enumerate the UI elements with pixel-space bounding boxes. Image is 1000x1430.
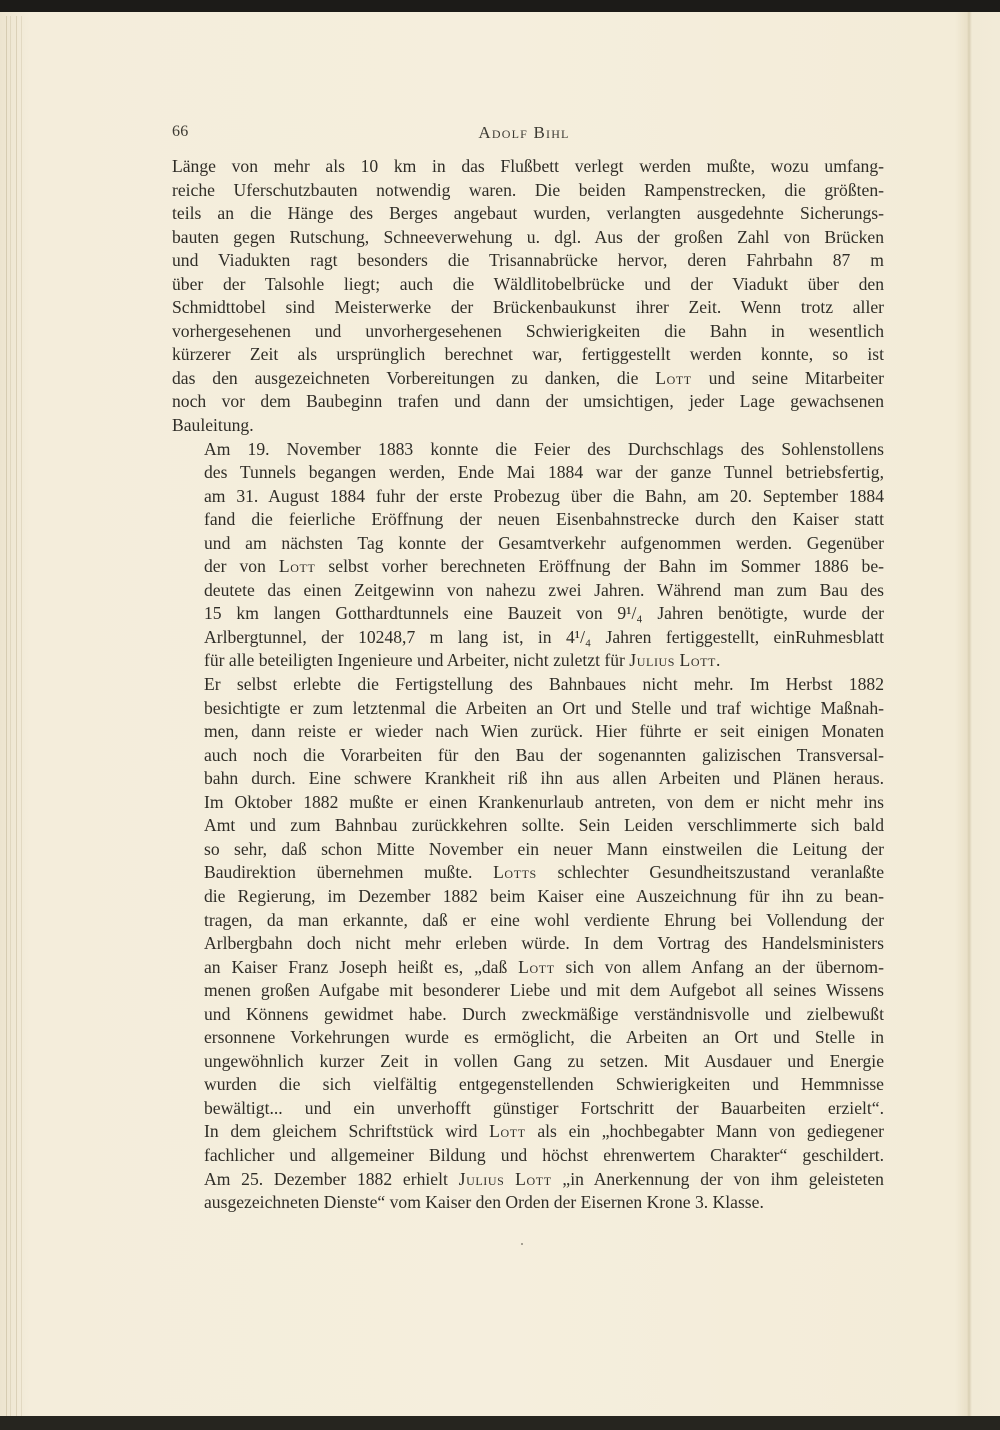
paragraph: Er selbst erlebte die Fertigstellung des… (172, 673, 884, 1215)
text-line: ausgezeichneten Dienste“ vom Kaiser den … (172, 1191, 884, 1215)
scanner-border-bottom (0, 1416, 1000, 1430)
text-line: fachlicher und allgemeiner Bildung und h… (172, 1144, 884, 1168)
text-line: die Regierung, im Dezember 1882 beim Kai… (172, 885, 884, 909)
small-caps-name: Lott (279, 556, 315, 576)
text-line: für alle beteiligten Ingenieure und Arbe… (172, 649, 884, 673)
page-stack-edge (21, 16, 22, 1416)
small-caps-name: Julius (629, 650, 675, 670)
text-line: wurden die sich vielfältig entgegenstell… (172, 1073, 884, 1097)
text-line: Amt und zum Bahnbau zurückkehren sollte.… (172, 814, 884, 838)
text-line: auch noch die Vorarbeiten für den Bau de… (172, 744, 884, 768)
text-line: noch vor dem Baubeginn trafen und dann d… (172, 390, 884, 414)
page-stack-edge (16, 16, 17, 1416)
text-line: men, dann reiste er wieder nach Wien zur… (172, 720, 884, 744)
text-line: Schmidttobel sind Meisterwerke der Brück… (172, 296, 884, 320)
text-line: ersonnene Vorkehrungen wurde es ermöglic… (172, 1026, 884, 1050)
text-line: reiche Uferschutzbauten notwendig waren.… (172, 179, 884, 203)
small-caps-name: Lotts (493, 862, 537, 882)
text-line: 15 km langen Gotthardtunnels eine Bauzei… (172, 602, 884, 626)
text-line: Baudirektion übernehmen mußte. Lotts sch… (172, 861, 884, 885)
text-line: bewältigt... und ein unverhofft günstige… (172, 1097, 884, 1121)
text-line: am 31. August 1884 fuhr der erste Probez… (172, 485, 884, 509)
text-line: Arlbergtunnel, der 10248,7 m lang ist, i… (172, 626, 884, 650)
text-line: teils an die Hänge des Berges angebaut w… (172, 202, 884, 226)
small-caps-name: Julius (459, 1169, 505, 1189)
text-line: Bauleitung. (172, 414, 884, 438)
text-line: Am 25. Dezember 1882 erhielt Julius Lott… (172, 1168, 884, 1192)
text-line: deutete das einen Zeitgewinn von nahezu … (172, 579, 884, 603)
text-line: so sehr, daß schon Mitte November ein ne… (172, 838, 884, 862)
running-head: Adolf Bihl (168, 123, 880, 143)
text-line: besichtigte er zum letztenmal die Arbeit… (172, 697, 884, 721)
page-stack-edge (10, 16, 11, 1416)
text-line: und Viadukten ragt besonders die Trisann… (172, 249, 884, 273)
body-text: Länge von mehr als 10 km in das Flußbett… (172, 155, 884, 1215)
text-line: und Könnens gewidmet habe. Durch zweckmä… (172, 1003, 884, 1027)
paragraph: Länge von mehr als 10 km in das Flußbett… (172, 155, 884, 438)
text-line: Er selbst erlebte die Fertigstellung des… (172, 673, 884, 697)
text-line: Arlbergbahn doch nicht mehr erleben würd… (172, 932, 884, 956)
scanner-border-top (0, 0, 1000, 12)
text-line: tragen, da man erkannte, daß er eine woh… (172, 909, 884, 933)
small-caps-name: Lott (515, 1169, 551, 1189)
text-line: bauten gegen Rutschung, Schneeverwehung … (172, 226, 884, 250)
text-line: über der Talsohle liegt; auch die Wäldli… (172, 273, 884, 297)
text-line: vorhergesehenen und unvorhergesehenen Sc… (172, 320, 884, 344)
text-line: Im Oktober 1882 mußte er einen Krankenur… (172, 791, 884, 815)
text-line: an Kaiser Franz Joseph heißt es, „daß Lo… (172, 956, 884, 980)
text-line: kürzerer Zeit als ursprünglich berechnet… (172, 343, 884, 367)
page-stack-edge (6, 16, 7, 1416)
page-header: 66 Adolf Bihl (168, 123, 880, 147)
small-caps-name: Lott (518, 957, 554, 977)
paragraph: Am 19. November 1883 konnte die Feier de… (172, 438, 884, 673)
text-line: der von Lott selbst vorher berechneten E… (172, 555, 884, 579)
text-line: In dem gleichem Schriftstück wird Lott a… (172, 1120, 884, 1144)
text-line: bahn durch. Eine schwere Krankheit riß i… (172, 767, 884, 791)
text-line: Länge von mehr als 10 km in das Flußbett… (172, 155, 884, 179)
text-line: menen großen Aufgabe mit besonderer Lieb… (172, 979, 884, 1003)
text-line: des Tunnels begangen werden, Ende Mai 18… (172, 461, 884, 485)
text-line: und am nächsten Tag konnte der Gesamtver… (172, 532, 884, 556)
text-line: ungewöhnlich kurzer Zeit in vollen Gang … (172, 1050, 884, 1074)
text-line: fand die feierliche Eröffnung der neuen … (172, 508, 884, 532)
text-line: das den ausgezeichneten Vorbereitungen z… (172, 367, 884, 391)
small-caps-name: Lott (489, 1121, 525, 1141)
small-caps-name: Lott (679, 650, 715, 670)
text-line: Am 19. November 1883 konnte die Feier de… (172, 438, 884, 462)
scan-speck (521, 1243, 523, 1245)
small-caps-name: Lott (655, 368, 691, 388)
